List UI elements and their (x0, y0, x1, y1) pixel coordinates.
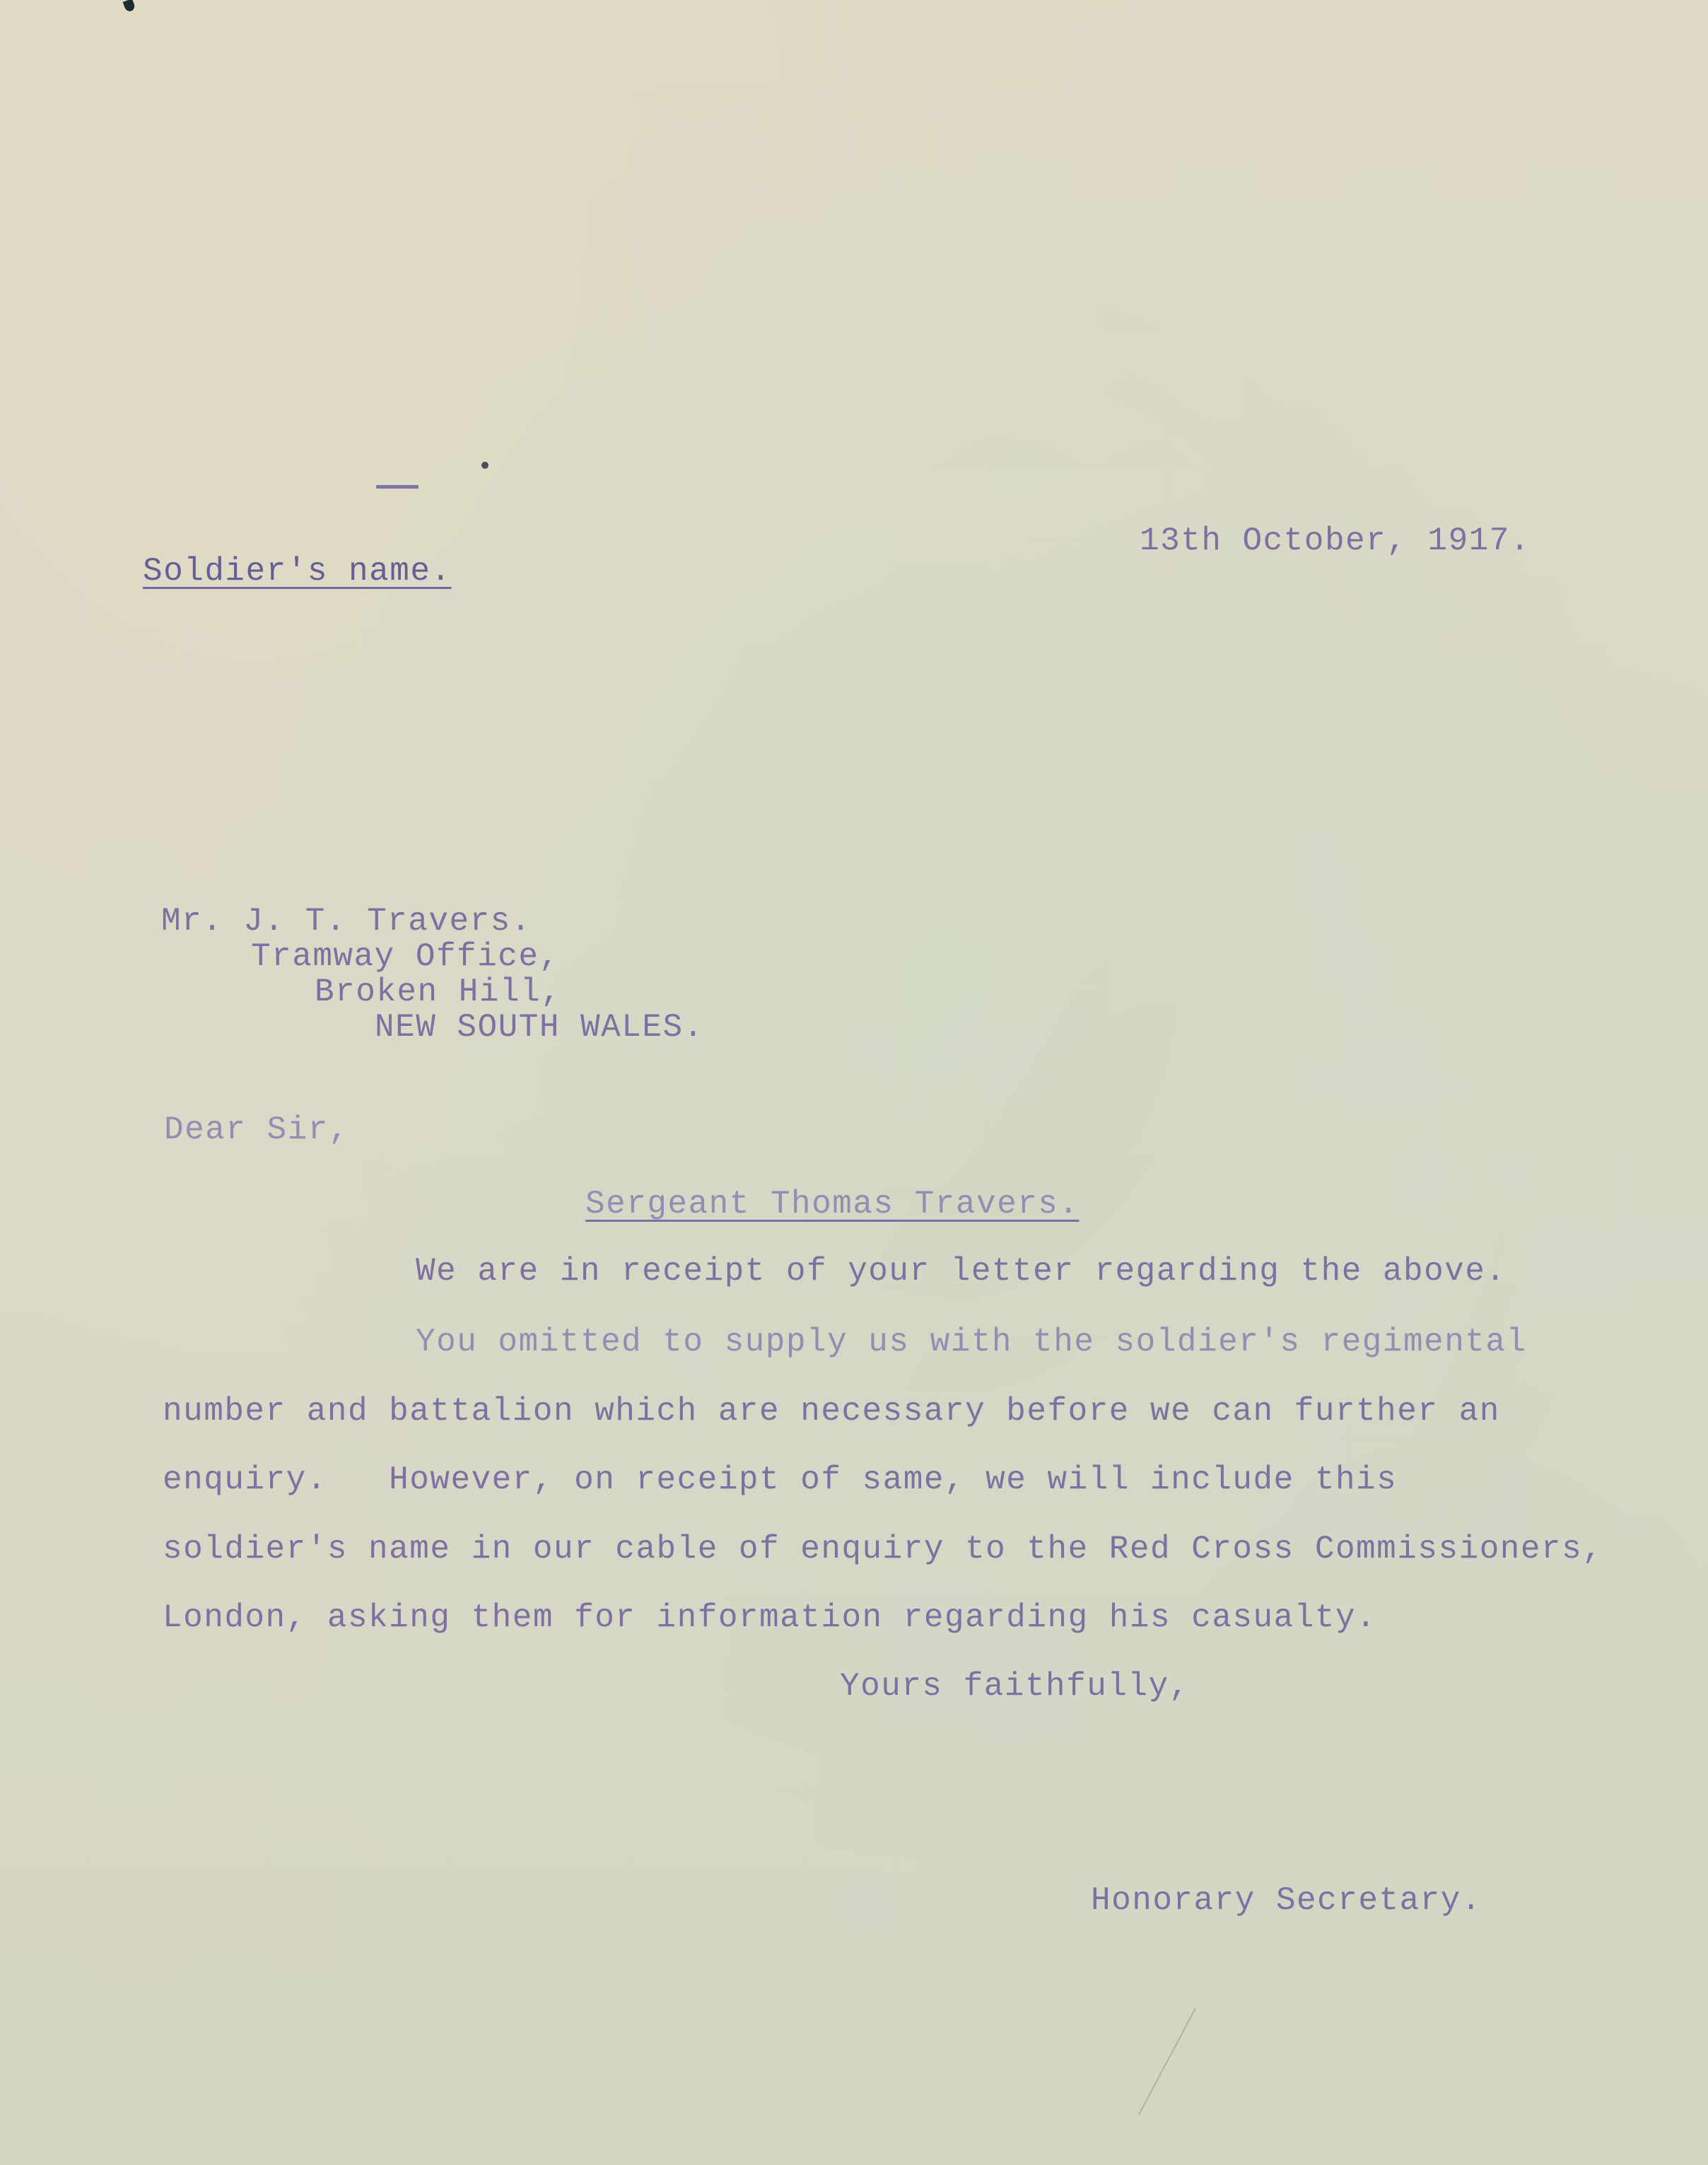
salutation: Dear Sir, (164, 1114, 349, 1146)
typed-dash-mark (376, 485, 419, 489)
body-line-4: enquiry. However, on receipt of same, we… (163, 1464, 1397, 1496)
ink-blot-mark (123, 0, 136, 13)
pencil-stroke-mark (1138, 2008, 1196, 2115)
closing: Yours faithfully, (840, 1670, 1190, 1703)
signature-title: Honorary Secretary. (1091, 1884, 1482, 1917)
subject-line: Sergeant Thomas Travers. (585, 1188, 1080, 1220)
letter-date: 13th October, 1917. (1140, 525, 1531, 557)
body-line-3: number and battalion which are necessary… (163, 1395, 1500, 1428)
ink-dot-mark (481, 462, 489, 469)
body-line-6: London, asking them for information rega… (163, 1601, 1376, 1634)
recipient-address-line-3: NEW SOUTH WALES. (375, 1011, 704, 1044)
recipient-address-line-1: Tramway Office, (251, 940, 560, 973)
body-line-1: We are in receipt of your letter regardi… (416, 1255, 1507, 1288)
body-line-2: You omitted to supply us with the soldie… (416, 1326, 1527, 1358)
body-line-5: soldier's name in our cable of enquiry t… (163, 1533, 1603, 1565)
recipient-address-line-2: Broken Hill, (315, 976, 561, 1008)
letter-page: 13th October, 1917. Soldier's name. Mr. … (0, 0, 1708, 2165)
recipient-name: Mr. J. T. Travers. (161, 905, 532, 938)
reference-label: Soldier's name. (143, 555, 452, 588)
